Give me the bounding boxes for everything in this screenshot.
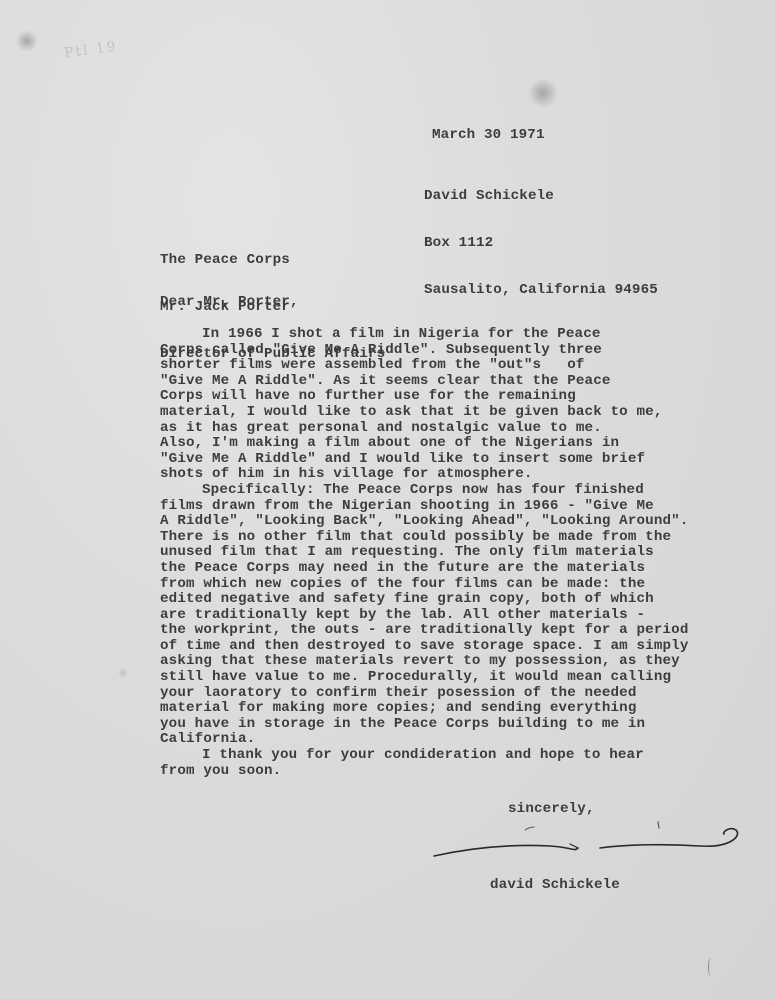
body-line: your laoratory to confirm their posessio… [160,686,689,702]
margin-mark [708,958,713,976]
faint-pencil-mark: Ptl 19 [63,38,119,61]
body-line: "Give Me A Riddle". As it seems clear th… [160,374,689,390]
body-line: films drawn from the Nigerian shooting i… [160,499,689,515]
typed-signature-name: david Schickele [490,878,620,894]
body-line: There is no other film that could possib… [160,530,689,546]
body-line: material, I would like to ask that it be… [160,405,689,421]
body-line: shorter films were assembled from the "o… [160,358,689,374]
body-line: I thank you for your condideration and h… [160,748,689,764]
body-line: the Peace Corps may need in the future a… [160,561,689,577]
salutation: Dear Mr. Porter, [160,295,299,311]
recipient-org: The Peace Corps [160,253,385,269]
body-line: A Riddle", "Looking Back", "Looking Ahea… [160,514,689,530]
letter-body: In 1966 I shot a film in Nigeria for the… [160,327,689,779]
letter-date: March 30 1971 [432,128,545,144]
letter-page: Ptl 19 March 30 1971 David Schickele Box… [0,0,775,999]
body-line: asking that these materials revert to my… [160,654,689,670]
paper-stain [528,78,558,108]
body-line: material for making more copies; and sen… [160,701,689,717]
body-line: of time and then destroyed to save stora… [160,639,689,655]
body-line: Corps will have no further use for the r… [160,389,689,405]
body-line: from which new copies of the four films … [160,577,689,593]
body-line: shots of him in his village for atmosphe… [160,467,689,483]
sender-name: David Schickele [424,189,658,205]
sender-city: Sausalito, California 94965 [424,283,658,299]
body-line: edited negative and safety fine grain co… [160,592,689,608]
body-line: In 1966 I shot a film in Nigeria for the… [160,327,689,343]
body-line: Specifically: The Peace Corps now has fo… [160,483,689,499]
paper-stain [16,30,38,52]
sender-box: Box 1112 [424,236,658,252]
body-line: "Give Me A Riddle" and I would like to i… [160,452,689,468]
body-line: unused film that I am requesting. The on… [160,545,689,561]
body-line: as it has great personal and nostalgic v… [160,421,689,437]
body-line: still have value to me. Procedurally, it… [160,670,689,686]
body-line: the workprint, the outs - are traditiona… [160,623,689,639]
closing: sincerely, [508,802,595,818]
body-line: Corps called "Give Me A Riddle". Subsequ… [160,343,689,359]
body-line: California. [160,732,689,748]
body-line: are traditionally kept by the lab. All o… [160,608,689,624]
paper-stain [118,668,128,678]
handwritten-signature-icon [430,820,750,880]
body-line: from you soon. [160,764,689,780]
sender-address: David Schickele Box 1112 Sausalito, Cali… [424,158,658,330]
body-line: you have in storage in the Peace Corps b… [160,717,689,733]
body-line: Also, I'm making a film about one of the… [160,436,689,452]
